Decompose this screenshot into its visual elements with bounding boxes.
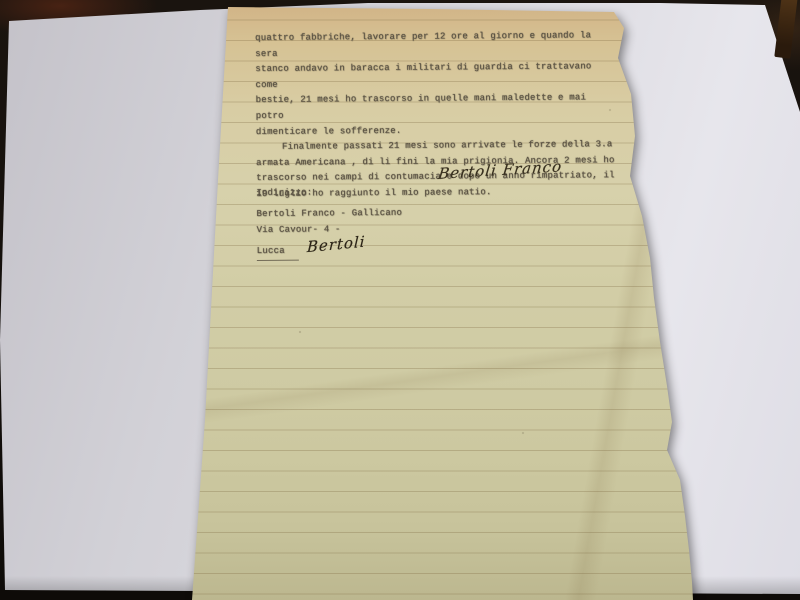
address-label: Indirizzo: — [256, 186, 312, 202]
address-city-row: LuccaBertoli — [257, 238, 366, 260]
typed-line: bestie, 21 mesi ho trascorso in quelle m… — [256, 91, 620, 125]
letter-text-layer: quattro fabbriche, lavorare per 12 ore a… — [0, 0, 800, 600]
address-city: Lucca — [257, 244, 299, 261]
photo-of-letter: quattro fabbriche, lavorare per 12 ore a… — [0, 0, 800, 600]
typed-line: quattro fabbriche, lavorare per 12 ore a… — [255, 28, 619, 62]
typed-line: stanco andavo in baracca i militari di g… — [255, 59, 619, 93]
address-name-line: Bertoli Franco - Gallicano — [256, 206, 402, 223]
